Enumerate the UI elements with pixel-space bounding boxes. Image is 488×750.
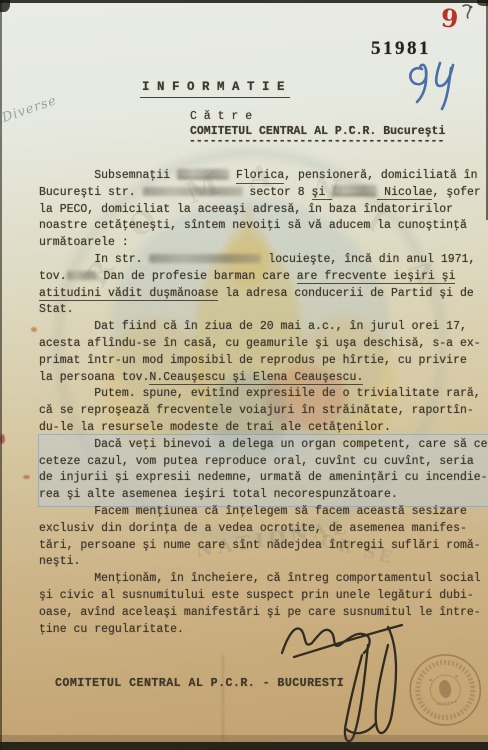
scan-edge-corner bbox=[0, 0, 10, 12]
doc-line: Dacă veţi binevoi a delega un organ comp… bbox=[39, 437, 488, 454]
addressee-salutation: C ă t r e bbox=[190, 110, 252, 123]
paper-stain bbox=[31, 327, 37, 332]
doc-text: Menţionăm, în încheiere, că întreg compo… bbox=[39, 572, 481, 585]
doc-line: de injurii şi expresii nedemne, urmată d… bbox=[39, 470, 488, 487]
doc-text: Dacă veţi binevoi a delega un organ comp… bbox=[39, 438, 488, 451]
doc-line: primat într-un mod imposibil de reprodus… bbox=[39, 353, 488, 370]
doc-text: , pensioneră, domiciliată în bbox=[284, 169, 477, 182]
scan-edge-shadow bbox=[0, 735, 488, 742]
margin-note-diverse: Diverse bbox=[0, 93, 59, 126]
doc-line: Dat fiind că în ziua de 20 mai a.c., în … bbox=[39, 319, 488, 336]
doc-paragraph: Subsemnaţii Florica, pensioneră, domicil… bbox=[39, 168, 488, 252]
doc-line: neşti. bbox=[39, 554, 488, 571]
doc-title: I N F O R M A T I E bbox=[140, 80, 290, 98]
scan-edge-corner bbox=[477, 0, 488, 6]
doc-text: de injurii şi expresii nedemne, urmată d… bbox=[39, 471, 488, 484]
addressee-underline: ------------------------------------- bbox=[189, 135, 444, 148]
scan-edge bbox=[0, 742, 488, 750]
doc-text: la adresa conducerii de Partid şi de bbox=[218, 287, 473, 300]
doc-text: acesta aflîndu-se în casă, cu geamurile … bbox=[39, 337, 481, 350]
doc-text: la persoana tov. bbox=[39, 371, 149, 384]
doc-text: Stat. bbox=[39, 303, 74, 316]
round-archive-stamp bbox=[400, 643, 488, 733]
doc-line: că se reproşează frecventele voiajuri în… bbox=[39, 403, 488, 420]
doc-text bbox=[229, 169, 236, 182]
doc-text: la PECO, domiciliat la aceeaşi adresă, î… bbox=[39, 203, 453, 216]
doc-text: Putem. spune, evitînd expresiile de o tr… bbox=[39, 387, 481, 400]
doc-text: locuieşte, încă din anul 1971, bbox=[261, 253, 475, 266]
redacted-text bbox=[67, 271, 97, 280]
redacted-text bbox=[177, 169, 229, 180]
doc-paragraph: Putem. spune, evitînd expresiile de o tr… bbox=[39, 386, 488, 436]
doc-text: Bucureşti str. bbox=[39, 186, 143, 199]
doc-text: In str. bbox=[39, 253, 149, 266]
doc-text: Subsemnaţii bbox=[39, 169, 177, 182]
doc-line: şi civic al susnumitului este suspect pr… bbox=[39, 588, 488, 605]
doc-text: atitudini vădit duşmănoase bbox=[39, 287, 218, 302]
redacted-text bbox=[143, 187, 243, 196]
doc-text: rea şi alte asemenea ieşiri total necore… bbox=[39, 488, 398, 501]
doc-line: Facem menţiunea că înţelegem să facem ac… bbox=[39, 504, 488, 521]
red-index-number: 9 bbox=[440, 3, 459, 33]
doc-text: noastre cetăţeneşti, sîntem nevoiţi să v… bbox=[39, 219, 467, 232]
doc-line: următoarele : bbox=[39, 235, 488, 252]
doc-paragraph: Dat fiind că în ziua de 20 mai a.c., în … bbox=[39, 319, 488, 386]
doc-line: la persoana tov.N.Ceauşescu şi Elena Cea… bbox=[39, 370, 488, 387]
doc-line: In str. locuieşte, încă din anul 1971, bbox=[39, 252, 488, 269]
doc-line: tov. Dan de profesie barman care are fre… bbox=[39, 269, 488, 286]
doc-line: ceteze cazul, vom putea reproduce oral, … bbox=[39, 454, 488, 471]
document-page: ROMANIA NATIONAL OR SE Diverse 9 51981 I… bbox=[0, 0, 488, 750]
doc-text: neşti. bbox=[39, 555, 80, 568]
doc-line: Menţionăm, în încheiere, că întreg compo… bbox=[39, 571, 488, 588]
doc-line: Subsemnaţii Florica, pensioneră, domicil… bbox=[39, 168, 488, 185]
doc-line: atitudini vădit duşmănoase la adresa con… bbox=[39, 286, 488, 303]
redacted-text bbox=[332, 185, 377, 196]
doc-text: are frecvente ieşiri şi bbox=[297, 270, 456, 285]
doc-text: ţine cu regularitate. bbox=[39, 623, 184, 636]
paper-crease bbox=[222, 655, 224, 747]
doc-paragraph: Facem menţiunea că înţelegem să facem ac… bbox=[39, 504, 488, 571]
doc-line: Stat. bbox=[39, 302, 488, 319]
doc-text: du-le la resursele modeste de trai ale c… bbox=[39, 421, 391, 434]
doc-text: următoarele : bbox=[39, 236, 129, 249]
doc-line: tări, persoane şi nume care sînt nădejde… bbox=[39, 538, 488, 555]
doc-text: şi civic al susnumitului este suspect pr… bbox=[39, 589, 474, 602]
scan-edge bbox=[0, 0, 2, 750]
doc-text: Facem menţiunea că înţelegem să facem ac… bbox=[39, 505, 467, 518]
doc-line: rea şi alte asemenea ieşiri total necore… bbox=[39, 487, 488, 504]
doc-line: Putem. spune, evitînd expresiile de o tr… bbox=[39, 386, 488, 403]
paper-stain bbox=[23, 475, 30, 479]
doc-line: acesta aflîndu-se în casă, cu geamurile … bbox=[39, 336, 488, 353]
doc-line: la PECO, domiciliat la aceeaşi adresă, î… bbox=[39, 202, 488, 219]
doc-line: exclusiv din dorinţa de a vedea ocrotite… bbox=[39, 521, 488, 538]
redacted-text bbox=[149, 254, 261, 263]
doc-text: sector 8 bbox=[243, 186, 312, 199]
ink-squiggle-mark bbox=[459, 3, 477, 25]
doc-line: noastre cetăţeneşti, sîntem nevoiţi să v… bbox=[39, 218, 488, 235]
doc-text: Nicolae bbox=[377, 186, 432, 201]
doc-text: şi bbox=[312, 186, 333, 201]
scan-edge bbox=[0, 0, 488, 3]
doc-text: ceteze cazul, vom putea reproduce oral, … bbox=[39, 455, 474, 468]
doc-text: că se reproşează frecventele voiajuri în… bbox=[39, 404, 474, 417]
doc-text: Dat fiind că în ziua de 20 mai a.c., în … bbox=[39, 320, 467, 333]
doc-text: Dan de profesie barman care bbox=[97, 270, 297, 283]
doc-line: Bucureşti str. sector 8 şi Nicolae, şofe… bbox=[39, 185, 488, 202]
doc-text: primat într-un mod imposibil de reprodus… bbox=[39, 354, 467, 367]
doc-text: tov. bbox=[39, 270, 67, 283]
doc-text: exclusiv din dorinţa de a vedea ocrotite… bbox=[39, 522, 467, 535]
doc-text: , şofer bbox=[432, 186, 480, 199]
blue-handwriting-mark bbox=[402, 55, 462, 113]
doc-text: N.Ceauşescu şi Elena Ceauşescu. bbox=[149, 371, 363, 386]
document-body: Subsemnaţii Florica, pensioneră, domicil… bbox=[39, 168, 488, 638]
highlighted-paragraph: Dacă veţi binevoi a delega un organ comp… bbox=[39, 435, 488, 506]
doc-paragraph: In str. locuieşte, încă din anul 1971,to… bbox=[39, 252, 488, 319]
doc-text: Florica bbox=[236, 169, 284, 184]
doc-text: tări, persoane şi nume care sînt nădejde… bbox=[39, 539, 481, 552]
